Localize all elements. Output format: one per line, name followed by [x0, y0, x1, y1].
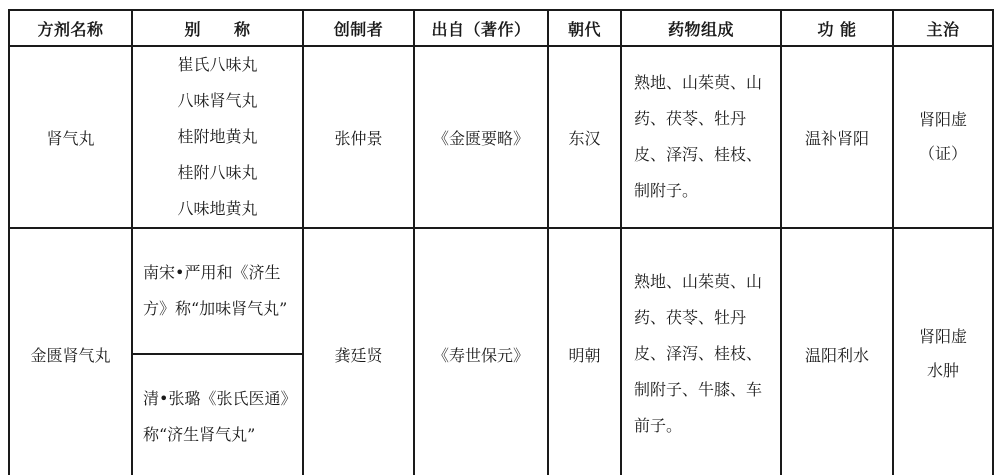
indication-line: 水肿 [894, 354, 992, 388]
composition-text: 熟地、山茱萸、山药、茯苓、牡丹皮、泽泻、桂枝、制附子、牛膝、车前子。 [622, 264, 780, 444]
alias-item: 崔氏八味丸 [133, 47, 302, 83]
aliases-cell: 清•张璐《张氏医通》称“济生肾气丸” [132, 354, 303, 475]
alias-item: 桂附八味丸 [133, 155, 302, 191]
dynasty-cell: 东汉 [548, 46, 621, 228]
formula-name-cell: 金匮肾气丸 [9, 228, 132, 475]
function-cell: 温补肾阳 [781, 46, 893, 228]
creator-cell: 张仲景 [303, 46, 414, 228]
header-function: 功 能 [781, 10, 893, 46]
function-cell: 温阳利水 [781, 228, 893, 475]
aliases-cell: 崔氏八味丸 八味肾气丸 桂附地黄丸 桂附八味丸 八味地黄丸 [132, 46, 303, 228]
composition-text: 熟地、山茱萸、山药、茯苓、牡丹皮、泽泻、桂枝、制附子。 [622, 65, 780, 209]
composition-cell: 熟地、山茱萸、山药、茯苓、牡丹皮、泽泻、桂枝、制附子。 [621, 46, 781, 228]
header-composition: 药物组成 [621, 10, 781, 46]
indication-line: （证） [894, 137, 992, 171]
alias-item: 八味肾气丸 [133, 83, 302, 119]
formula-name-cell: 肾气丸 [9, 46, 132, 228]
header-indication: 主治 [893, 10, 993, 46]
source-cell: 《金匮要略》 [414, 46, 548, 228]
alias-item: 桂附地黄丸 [133, 119, 302, 155]
aliases-cell: 南宋•严用和《济生方》称“加味肾气丸” [132, 228, 303, 354]
indication-line: 肾阳虚 [894, 320, 992, 354]
header-creator: 创制者 [303, 10, 414, 46]
header-row: 方剂名称 别 称 创制者 出自（著作） 朝代 药物组成 功 能 主治 [9, 10, 993, 46]
table-row: 金匮肾气丸 南宋•严用和《济生方》称“加味肾气丸” 龚廷贤 《寿世保元》 明朝 … [9, 228, 993, 354]
creator-cell: 龚廷贤 [303, 228, 414, 475]
header-dynasty: 朝代 [548, 10, 621, 46]
alias-item: 清•张璐《张氏医通》称“济生肾气丸” [133, 379, 302, 455]
composition-cell: 熟地、山茱萸、山药、茯苓、牡丹皮、泽泻、桂枝、制附子、牛膝、车前子。 [621, 228, 781, 475]
source-cell: 《寿世保元》 [414, 228, 548, 475]
header-formula-name: 方剂名称 [9, 10, 132, 46]
table-row: 肾气丸 崔氏八味丸 八味肾气丸 桂附地黄丸 桂附八味丸 八味地黄丸 张仲景 《金… [9, 46, 993, 228]
formula-comparison-table: 方剂名称 别 称 创制者 出自（著作） 朝代 药物组成 功 能 主治 肾气丸 崔… [8, 9, 994, 475]
alias-item: 八味地黄丸 [133, 191, 302, 227]
indication-cell: 肾阳虚 （证） [893, 46, 993, 228]
indication-line: 肾阳虚 [894, 103, 992, 137]
header-source: 出自（著作） [414, 10, 548, 46]
header-aliases: 别 称 [132, 10, 303, 46]
alias-item: 南宋•严用和《济生方》称“加味肾气丸” [133, 253, 302, 329]
indication-cell: 肾阳虚 水肿 [893, 228, 993, 475]
dynasty-cell: 明朝 [548, 228, 621, 475]
